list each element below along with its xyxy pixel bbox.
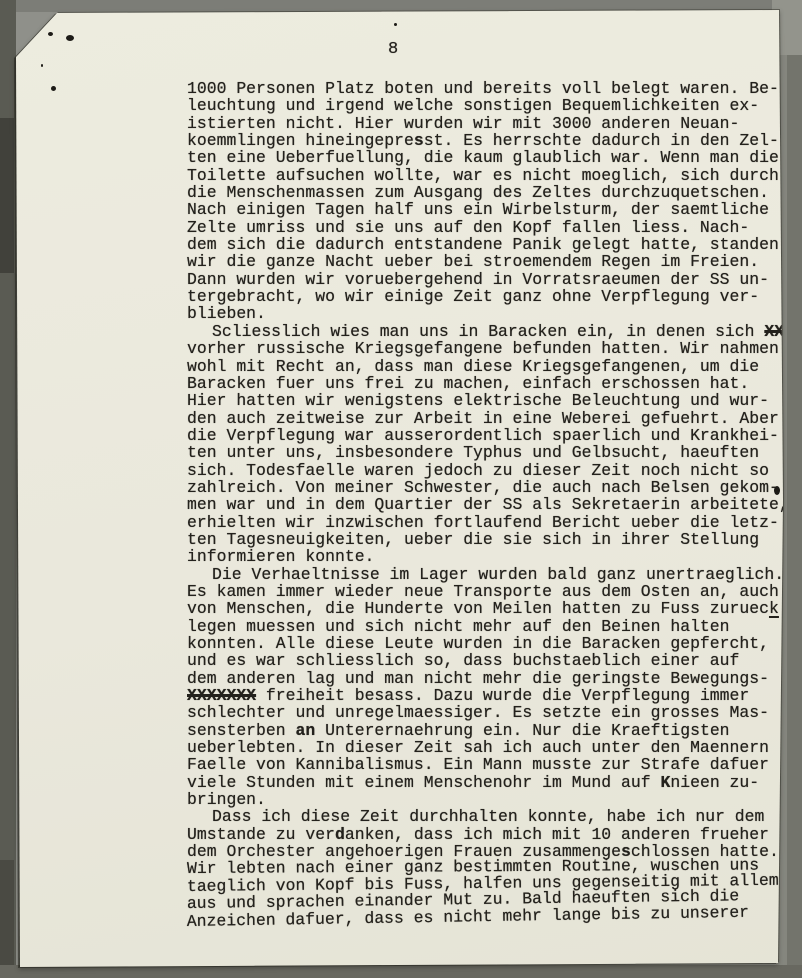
text-line: ten eine Ueberfuellung, die kaum glaubli…	[187, 149, 789, 166]
ink-spot	[48, 32, 53, 36]
text-line: schlechter und unregelmaessiger. Es setz…	[187, 704, 789, 721]
text-line: leuchtung und irgend welche sonstigen Be…	[187, 97, 789, 114]
text-line: istierten nicht. Hier wurden wir mit 300…	[187, 115, 789, 132]
text-line: Zelte umriss und sie uns auf den Kopf fa…	[187, 219, 789, 236]
text-line: legen muessen und sich nicht mehr auf de…	[187, 618, 789, 635]
text-line: den auch zeitweise zur Arbeit in eine We…	[187, 410, 789, 427]
text-line: dem anderen lag und man nicht mehr die g…	[187, 670, 789, 687]
text-line: koemmlingen hineingepresst. Es herrschte…	[187, 132, 789, 149]
overtyped-text: K	[660, 773, 670, 792]
text-line: sensterben an Unterernaehrung ein. Nur d…	[187, 722, 789, 739]
text-line: Umstande zu verdanken, dass ich mich mit…	[187, 826, 789, 843]
ink-spot	[66, 35, 74, 41]
overtyped-text: d	[335, 825, 345, 844]
text-line: blieben.	[187, 305, 789, 322]
text-line: Faelle von Kannibalismus. Ein Mann musst…	[187, 756, 789, 773]
text-line: Dass ich diese Zeit durchhalten konnte, …	[187, 808, 789, 825]
paragraph: Scliesslich wies man uns in Baracken ein…	[187, 323, 789, 566]
ink-spot	[394, 23, 397, 26]
text-line: Hier hatten wir wenigstens elektrische B…	[187, 392, 789, 409]
ink-spot	[41, 64, 43, 67]
overtyped-text: an	[296, 721, 316, 740]
text-line: wir die ganze Nacht ueber bei stroemende…	[187, 253, 789, 270]
text-line: von Menschen, die Hunderte von Meilen ha…	[187, 600, 789, 617]
text-line: 1000 Personen Platz boten und bereits vo…	[187, 80, 789, 97]
paragraph: Die Verhaeltnisse im Lager wurden bald g…	[187, 566, 789, 809]
text-line: und es war schliesslich so, dass buchsta…	[187, 652, 789, 669]
text-line: Die Verhaeltnisse im Lager wurden bald g…	[187, 566, 789, 583]
underlined-text: k	[769, 599, 779, 618]
text-line: Baracken fuer uns frei zu machen, einfac…	[187, 375, 789, 392]
text-line: zahlreich. Von meiner Schwester, die auc…	[187, 479, 789, 496]
text-line: die Menschenmassen zum Ausgang des Zelte…	[187, 184, 789, 201]
text-line: Nach einigen Tagen half uns ein Wirbelst…	[187, 201, 789, 218]
paragraph: Dass ich diese Zeit durchhalten konnte, …	[187, 808, 789, 929]
struck-out-text: XX	[764, 322, 784, 341]
text-line: viele Stunden mit einem Menschenohr im M…	[187, 774, 789, 791]
text-line: ueberlebten. In dieser Zeit sah ich auch…	[187, 739, 789, 756]
text-line: Toilette aufsuchen wollte, war es nicht …	[187, 167, 789, 184]
ink-spot	[51, 86, 56, 91]
text-line: Dann wurden wir voruebergehend in Vorrat…	[187, 271, 789, 288]
text-line: sich. Todesfaelle waren jedoch zu dieser…	[187, 462, 789, 479]
text-line: die Verpflegung war ausserordentlich spa…	[187, 427, 789, 444]
paper-sheet: 8 1000 Personen Platz boten und bereits …	[0, 0, 802, 978]
page-number: 8	[388, 40, 398, 59]
document-text: 1000 Personen Platz boten und bereits vo…	[187, 80, 789, 930]
text-line: wohl mit Recht an, dass man diese Kriegs…	[187, 358, 789, 375]
struck-out-text: XXXXXXX	[187, 686, 256, 705]
ink-spot	[774, 486, 780, 495]
paper-shadow: 8 1000 Personen Platz boten und bereits …	[0, 0, 802, 978]
text-line: informieren konnte.	[187, 548, 789, 565]
text-line: ten Tagesneuigkeiten, ueber die sie sich…	[187, 531, 789, 548]
text-line: bringen.	[187, 791, 789, 808]
paragraph: 1000 Personen Platz boten und bereits vo…	[187, 80, 789, 323]
text-line: dem sich die dadurch entstandene Panik g…	[187, 236, 789, 253]
text-line: men war und in dem Quartier der SS als S…	[187, 496, 789, 513]
text-line: konnten. Alle diese Leute wurden in die …	[187, 635, 789, 652]
text-line: ten unter uns, insbesondere Typhus und G…	[187, 444, 789, 461]
text-line: vorher russische Kriegsgefangene befunde…	[187, 340, 789, 357]
text-line: Scliesslich wies man uns in Baracken ein…	[187, 323, 789, 340]
text-line: tergebracht, wo wir einige Zeit ganz ohn…	[187, 288, 789, 305]
overtyped-text: s	[414, 131, 424, 150]
text-line: erhielten wir inzwischen fortlaufend Ber…	[187, 514, 789, 531]
text-line: Es kamen immer wieder neue Transporte au…	[187, 583, 789, 600]
text-line: XXXXXXX freiheit besass. Dazu wurde die …	[187, 687, 789, 704]
scanned-document-page: 8 1000 Personen Platz boten und bereits …	[0, 0, 802, 978]
